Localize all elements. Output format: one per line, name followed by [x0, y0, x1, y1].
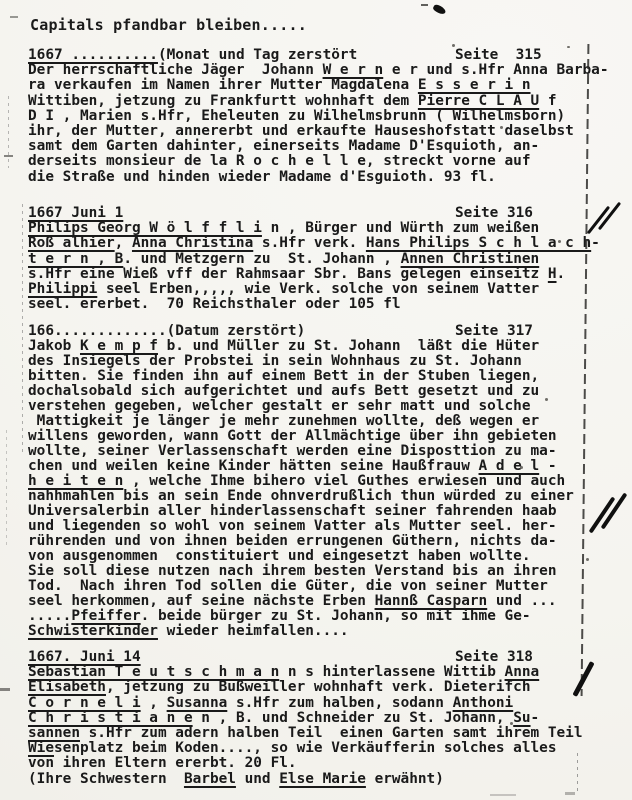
paper-speck [567, 46, 570, 48]
left-margin-rule-lower [6, 430, 7, 545]
text-line: Elisabeth, jetzung zu Bußweiller wohnhaf… [28, 680, 583, 695]
paper-speck [452, 44, 455, 47]
entry-date-line: 166.............(Datum zerstört)Seite 31… [28, 324, 574, 339]
entry-date-line: 1667. Juni 14Seite 318 [28, 650, 583, 665]
text-line: von ausgenommen constituiert und eingese… [28, 549, 574, 564]
page-reference: Seite 318 [455, 650, 533, 665]
entry-date-line: 1667 ..........(Monat und Tag zerstörtSe… [28, 48, 609, 63]
text-line: D I , Marien s.Hfr, Eheleuten zu Wilhelm… [28, 109, 609, 124]
text-line: t e r n , B. und Metzgern zu St. Johann … [28, 252, 600, 267]
text-line: seel herkommen, auf seine nächste Erben … [28, 594, 574, 609]
text-line: Philippi seel Erben,,,,, wie Verk. solch… [28, 282, 600, 297]
paper-speck [586, 558, 589, 561]
text-line: verstehen gegeben, welcher gestalt er se… [28, 399, 574, 414]
text-line: Sie soll diese nutzen nach ihrem besten … [28, 564, 574, 579]
text-line: des Insiegels der Probstei in sein Wohnh… [28, 354, 574, 369]
paper-speck [510, 722, 513, 725]
text-line: Philips Georg W ö l f f l i n , Bürger u… [28, 221, 600, 236]
register-entry-seite-315: 1667 ..........(Monat und Tag zerstörtSe… [28, 48, 609, 185]
margin-tick-mark [10, 16, 18, 18]
text-line: Wittiben, jetzung zu Frankfurtt wohnhaft… [28, 94, 609, 109]
text-line: ihr, der Mutter, annererbt und erkaufte … [28, 124, 609, 139]
paper-speck [558, 240, 561, 243]
text-line: s.Hfr eine Wieß vff der Rahmsaar Sbr. Ba… [28, 267, 600, 282]
text-line: seel. ererbet. 70 Reichsthaler oder 105 … [28, 297, 600, 312]
paper-speck [520, 466, 523, 469]
text-line: Tod. Nach ihren Tod sollen die Güter, di… [28, 579, 574, 594]
text-line: Wiesenplatz beim Koden...., so wie Verkä… [28, 741, 583, 756]
text-line: .....Pfeiffer. beide bürger zu St. Johan… [28, 609, 574, 624]
text-line: sannen s.Hfr zum adern halben Teil einen… [28, 726, 583, 741]
text-line: wollte, seiner Verlassenschaft werden ei… [28, 444, 574, 459]
document-page: Capitals pfandbar bleiben..... 1667 ....… [0, 0, 632, 800]
paper-speck [545, 398, 548, 401]
text-line: Schwisterkinder wieder heimfallen.... [28, 624, 574, 639]
text-line: Jakob K e m p f b. und Müller zu St. Joh… [28, 339, 574, 354]
register-entry-seite-316: 1667 Juni 1Seite 316Philips Georg W ö l … [28, 206, 600, 312]
text-line: C h r i s t i a n e n , B. und Schneider… [28, 711, 583, 726]
text-line: rührenden und von ihnen beiden errungene… [28, 534, 574, 549]
ink-blot-mark [432, 3, 447, 15]
paper-smudge [565, 792, 575, 795]
page-reference: Seite 315 [455, 48, 542, 63]
text-line: Mattigkeit je länger je mehr zunehmen wo… [28, 414, 574, 429]
text-line: derseits monsieur de la R o c h e l l e,… [28, 154, 609, 169]
text-line: Universalerbin aller hinderlassenschaft … [28, 504, 574, 519]
entry-date-line: 1667 Juni 1Seite 316 [28, 206, 600, 221]
text-line: Sebastian T e u t s c h m a n n s hinter… [28, 665, 583, 680]
margin-tick-mark [0, 688, 10, 691]
document-heading: Capitals pfandbar bleiben..... [30, 18, 307, 33]
text-line: und liegenden so wohl von seinem Vatter … [28, 519, 574, 534]
text-line: dochalsobald sich aufgerichtet und aufs … [28, 384, 574, 399]
text-line: nahhmahlen bis an sein Ende ohnverdrußli… [28, 489, 574, 504]
page-reference: Seite 317 [455, 324, 533, 339]
text-line: bitten. Sie finden ihn auf einem Bett in… [28, 369, 574, 384]
text-line: ra verkaufen im Namen ihrer Mutter Magda… [28, 78, 609, 93]
text-line: Roß alhier, Anna Christina s.Hfr verk. H… [28, 236, 600, 251]
text-line: chen und weilen keine Kinder hätten sein… [28, 459, 574, 474]
text-line: (Ihre Schwestern Barbel und Else Marie e… [28, 772, 583, 787]
register-entry-seite-317: 166.............(Datum zerstört)Seite 31… [28, 324, 574, 639]
register-entry-seite-318: 1667. Juni 14Seite 318Sebastian T e u t … [28, 650, 583, 787]
right-margin-rule-lower [577, 753, 578, 795]
page-reference: Seite 316 [455, 206, 533, 221]
text-line: von ihren Eltern ererbt. 20 Fl. [28, 756, 583, 771]
left-margin-rule-upper [8, 96, 9, 168]
text-line: C o r n e l i , Susanna s.Hfr zum halben… [28, 696, 583, 711]
text-line: die Straße und hinden wieder Madame d'Es… [28, 170, 609, 185]
text-line: samt dem Garten dahinter, einerseits Mad… [28, 139, 609, 154]
text-line: h e i t e n , welche Ihme bihero viel Gu… [28, 474, 574, 489]
text-line: Der herrschaftliche Jäger Johann W e r n… [28, 63, 609, 78]
ink-dash-mark [421, 4, 428, 6]
text-line: willens geworden, wann Gott der Allmächt… [28, 429, 574, 444]
left-margin-rule [22, 204, 23, 454]
paper-smudge [490, 794, 516, 796]
paper-speck [500, 126, 503, 129]
margin-tick-mark [4, 155, 13, 157]
